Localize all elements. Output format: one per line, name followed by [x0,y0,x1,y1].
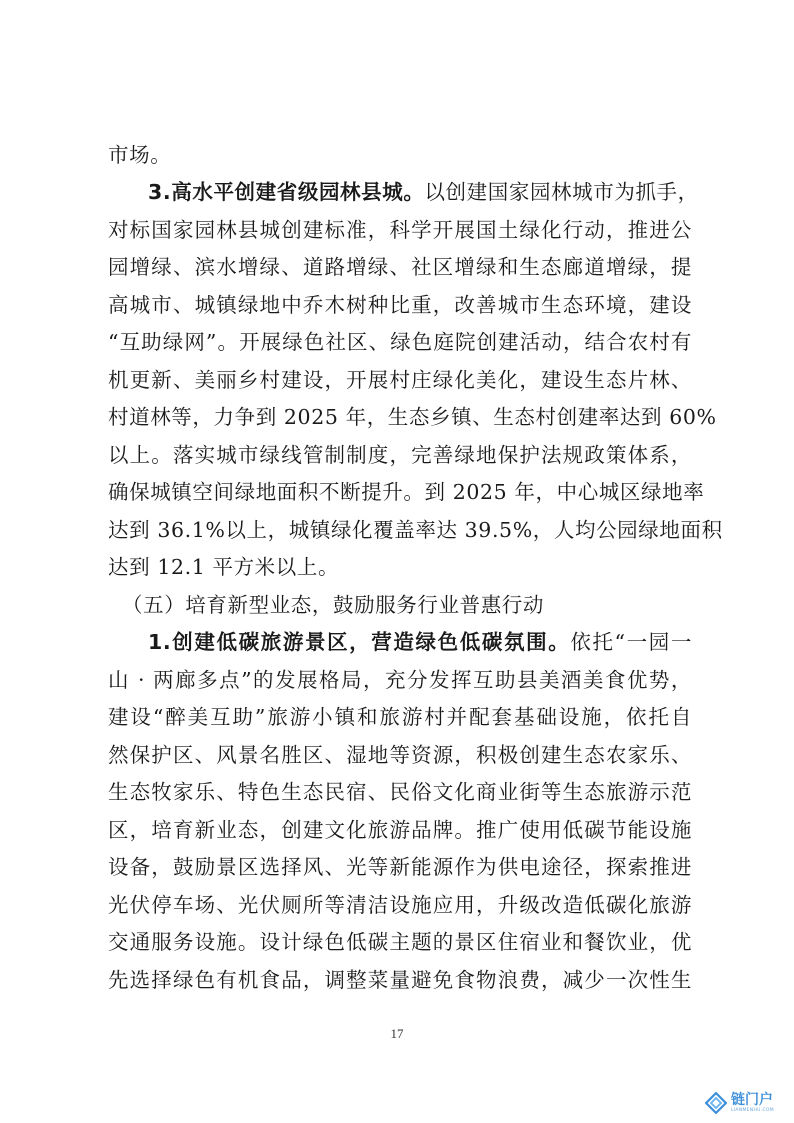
text-line: 建设“醉美互助”旅游小镇和旅游村并配套基础设施，依托自 [108,702,692,732]
text-line: 光伏停车场、光伏厕所等清洁设施应用，升级改造低碳化旅游 [108,890,692,920]
line-text: 对标国家园林县城创建标准，科学开展国土绿化行动，推进公 [108,218,692,242]
watermark-domain-text: LIANMENHU.COM [731,1109,774,1114]
paragraph-heading-line: 3.高水平创建省级园林县城。以创建国家园林城市为抓手， [148,177,692,207]
line-text: 达到 12.1 平方米以上。 [108,555,339,579]
line-text: 园增绿、滨水增绿、道路增绿、社区增绿和生态廊道增绿，提 [108,255,692,279]
text-line: 确保城镇空间绿地面积不断提升。到 2025 年，中心城区绿地率 [108,477,692,507]
bold-heading-text: 3.高水平创建省级园林县城。 [148,180,424,204]
line-text: （五）培育新型业态，鼓励服务行业普惠行动 [122,593,544,617]
line-text: 以上。落实城市绿线管制制度，完善绿地保护法规政策体系， [108,443,692,467]
document-page: 市场。3.高水平创建省级园林县城。以创建国家园林城市为抓手，对标国家园林县城创建… [0,0,794,1123]
text-line: 村道林等，力争到 2025 年，生态乡镇、生态村创建率达到 60% [108,402,692,432]
line-text: 交通服务设施。设计绿色低碳主题的景区住宿业和餐饮业，优 [108,930,692,954]
watermark-logo: 链门户 LIANMENHU.COM [705,1088,790,1118]
line-text: 区，培育新业态，创建文化旅游品牌。推广使用低碳节能设施 [108,818,692,842]
line-text: 高城市、城镇绿地中乔木树种比重，改善城市生态环境，建设 [108,293,692,317]
line-text: 先选择绿色有机食品，调整菜量避免食物浪费，减少一次性生 [108,968,692,992]
line-text: 山 · 两廊多点”的发展格局，充分发挥互助县美酒美食优势， [108,668,692,692]
line-text: 达到 36.1%以上，城镇绿化覆盖率达 39.5%，人均公园绿地面积 [108,518,723,542]
line-text: 依托“一园一 [570,630,692,654]
line-text: 光伏停车场、光伏厕所等清洁设施应用，升级改造低碳化旅游 [108,893,692,917]
text-line: 区，培育新业态，创建文化旅游品牌。推广使用低碳节能设施 [108,815,692,845]
line-text: 村道林等，力争到 2025 年，生态乡镇、生态村创建率达到 60% [108,405,717,429]
line-text: 然保护区、风景名胜区、湿地等资源，积极创建生态农家乐、 [108,743,692,767]
text-line: 交通服务设施。设计绿色低碳主题的景区住宿业和餐饮业，优 [108,927,692,957]
text-line: 达到 12.1 平方米以上。 [108,552,692,582]
line-text: 建设“醉美互助”旅游小镇和旅游村并配套基础设施，依托自 [108,705,692,729]
paragraph-heading-line: 1.创建低碳旅游景区，营造绿色低碳氛围。依托“一园一 [148,627,692,657]
line-text: 确保城镇空间绿地面积不断提升。到 2025 年，中心城区绿地率 [108,480,704,504]
line-text: 以创建国家园林城市为抓手， [424,180,698,204]
line-text: “互助绿网”。开展绿色社区、绿色庭院创建活动，结合农村有 [108,330,692,354]
text-line: 达到 36.1%以上，城镇绿化覆盖率达 39.5%，人均公园绿地面积 [108,515,692,545]
text-line: 对标国家园林县城创建标准，科学开展国土绿化行动，推进公 [108,215,692,245]
watermark-brand-text: 链门户 [731,1093,774,1107]
line-text: 市场。 [108,143,171,167]
line-text: 设备，鼓励景区选择风、光等新能源作为供电途径，探索推进 [108,855,692,879]
line-text: 机更新、美丽乡村建设，开展村庄绿化美化，建设生态片林、 [108,368,692,392]
section-heading-line: （五）培育新型业态，鼓励服务行业普惠行动 [122,590,692,620]
text-line: 设备，鼓励景区选择风、光等新能源作为供电途径，探索推进 [108,852,692,882]
text-line: 园增绿、滨水增绿、道路增绿、社区增绿和生态廊道增绿，提 [108,252,692,282]
text-line: 以上。落实城市绿线管制制度，完善绿地保护法规政策体系， [108,440,692,470]
text-line: 市场。 [108,140,692,170]
text-line: 山 · 两廊多点”的发展格局，充分发挥互助县美酒美食优势， [108,665,692,695]
bold-heading-text: 1.创建低碳旅游景区，营造绿色低碳氛围。 [148,630,570,654]
text-line: 机更新、美丽乡村建设，开展村庄绿化美化，建设生态片林、 [108,365,692,395]
text-line: “互助绿网”。开展绿色社区、绿色庭院创建活动，结合农村有 [108,327,692,357]
line-text: 生态牧家乐、特色生态民宿、民俗文化商业街等生态旅游示范 [108,780,692,804]
text-line: 然保护区、风景名胜区、湿地等资源，积极创建生态农家乐、 [108,740,692,770]
text-line: 生态牧家乐、特色生态民宿、民俗文化商业街等生态旅游示范 [108,777,692,807]
page-number: 17 [0,1026,794,1042]
diamond-link-logo-icon [705,1092,727,1114]
text-line: 先选择绿色有机食品，调整菜量避免食物浪费，减少一次性生 [108,965,692,995]
text-line: 高城市、城镇绿地中乔木树种比重，改善城市生态环境，建设 [108,290,692,320]
